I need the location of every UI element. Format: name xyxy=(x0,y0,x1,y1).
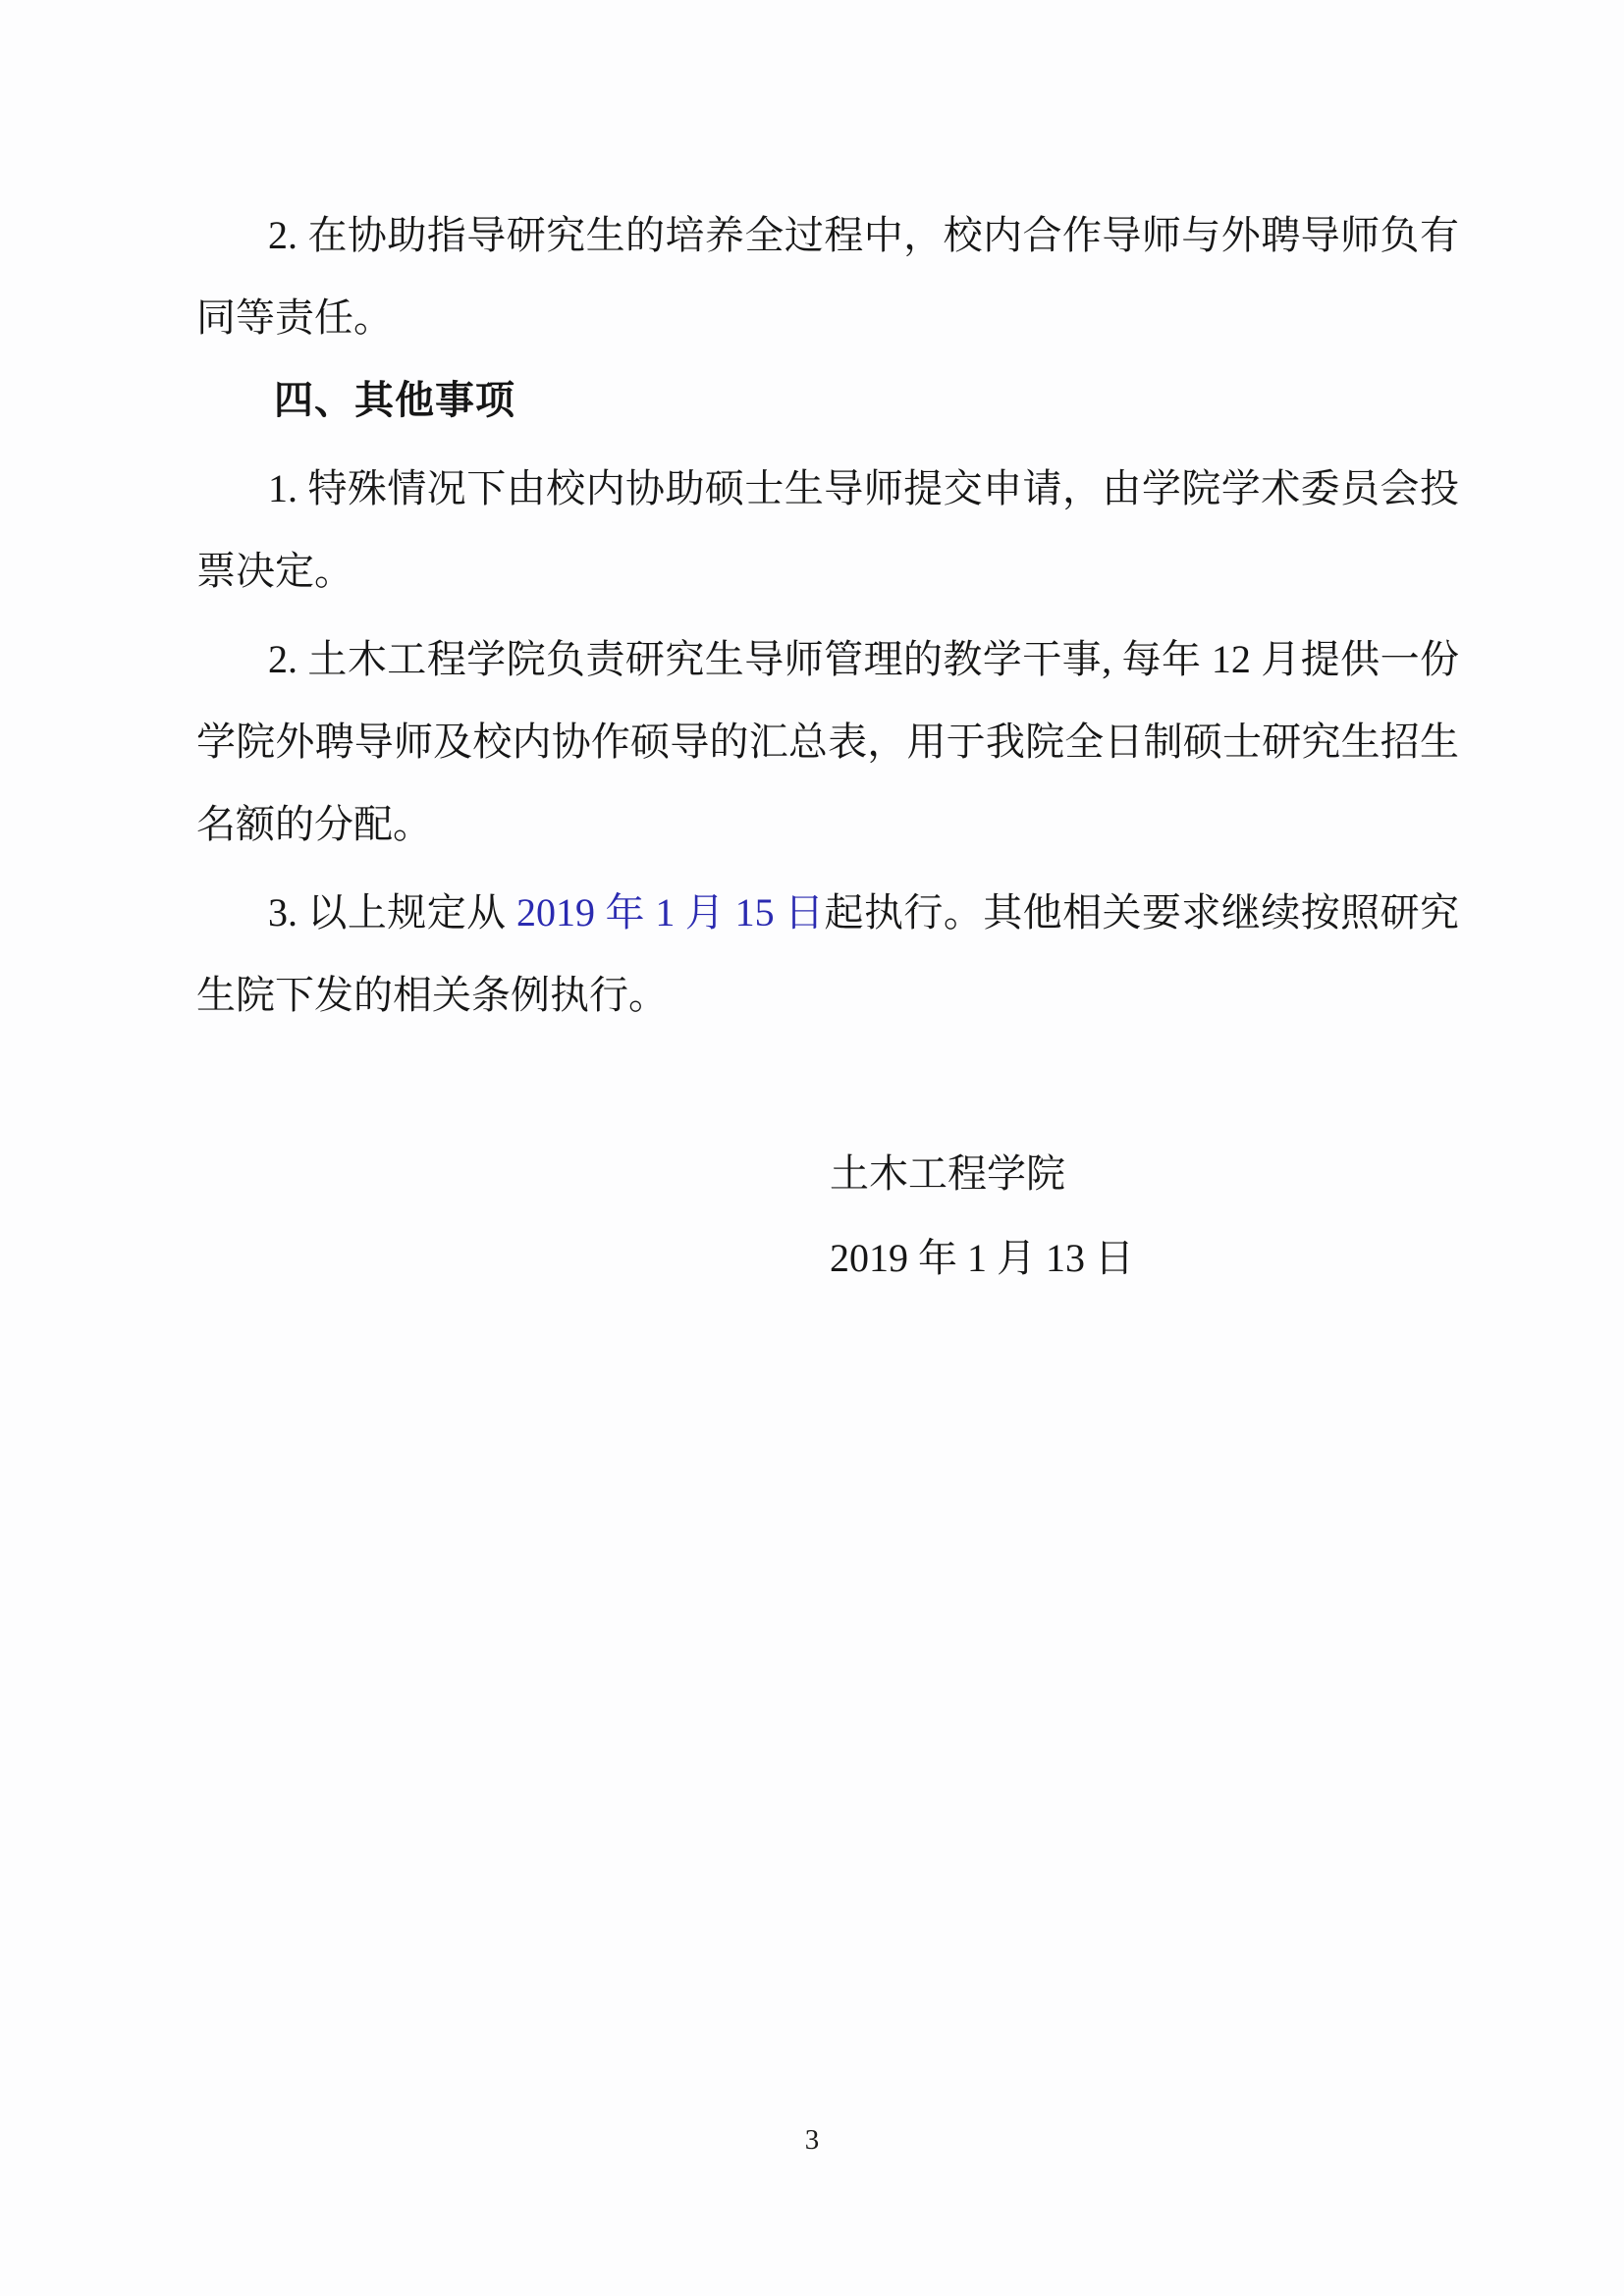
paragraph-effective-date: 3. 以上规定从 2019 年 1 月 15 日起执行。其他相关要求继续按照研究… xyxy=(196,872,1459,1037)
section-heading-other-matters: 四、其他事项 xyxy=(274,359,1459,442)
document-page: 2. 在协助指导研究生的培养全过程中，校内合作导师与外聘导师负有同等责任。 四、… xyxy=(0,0,1624,2296)
paragraph-special-cases: 1. 特殊情况下由校内协助硕士生导师提交申请，由学院学术委员会投票决定。 xyxy=(196,448,1459,613)
signature-block: 土木工程学院 2019 年 1 月 13 日 xyxy=(196,1132,1459,1301)
effective-date-prefix: 3. 以上规定从 xyxy=(268,890,516,934)
paragraph-annual-summary: 2. 土木工程学院负责研究生导师管理的教学干事, 每年 12 月提供一份学院外聘… xyxy=(196,618,1459,866)
signature-date: 2019 年 1 月 13 日 xyxy=(830,1216,1459,1301)
page-number: 3 xyxy=(0,2120,1624,2160)
effective-date-text: 2019 年 1 月 15 日 xyxy=(516,890,824,934)
paragraph-equal-responsibility: 2. 在协助指导研究生的培养全过程中，校内合作导师与外聘导师负有同等责任。 xyxy=(196,194,1459,359)
signature-organization: 土木工程学院 xyxy=(830,1132,1459,1216)
document-body: 2. 在协助指导研究生的培养全过程中，校内合作导师与外聘导师负有同等责任。 四、… xyxy=(0,0,1624,1301)
